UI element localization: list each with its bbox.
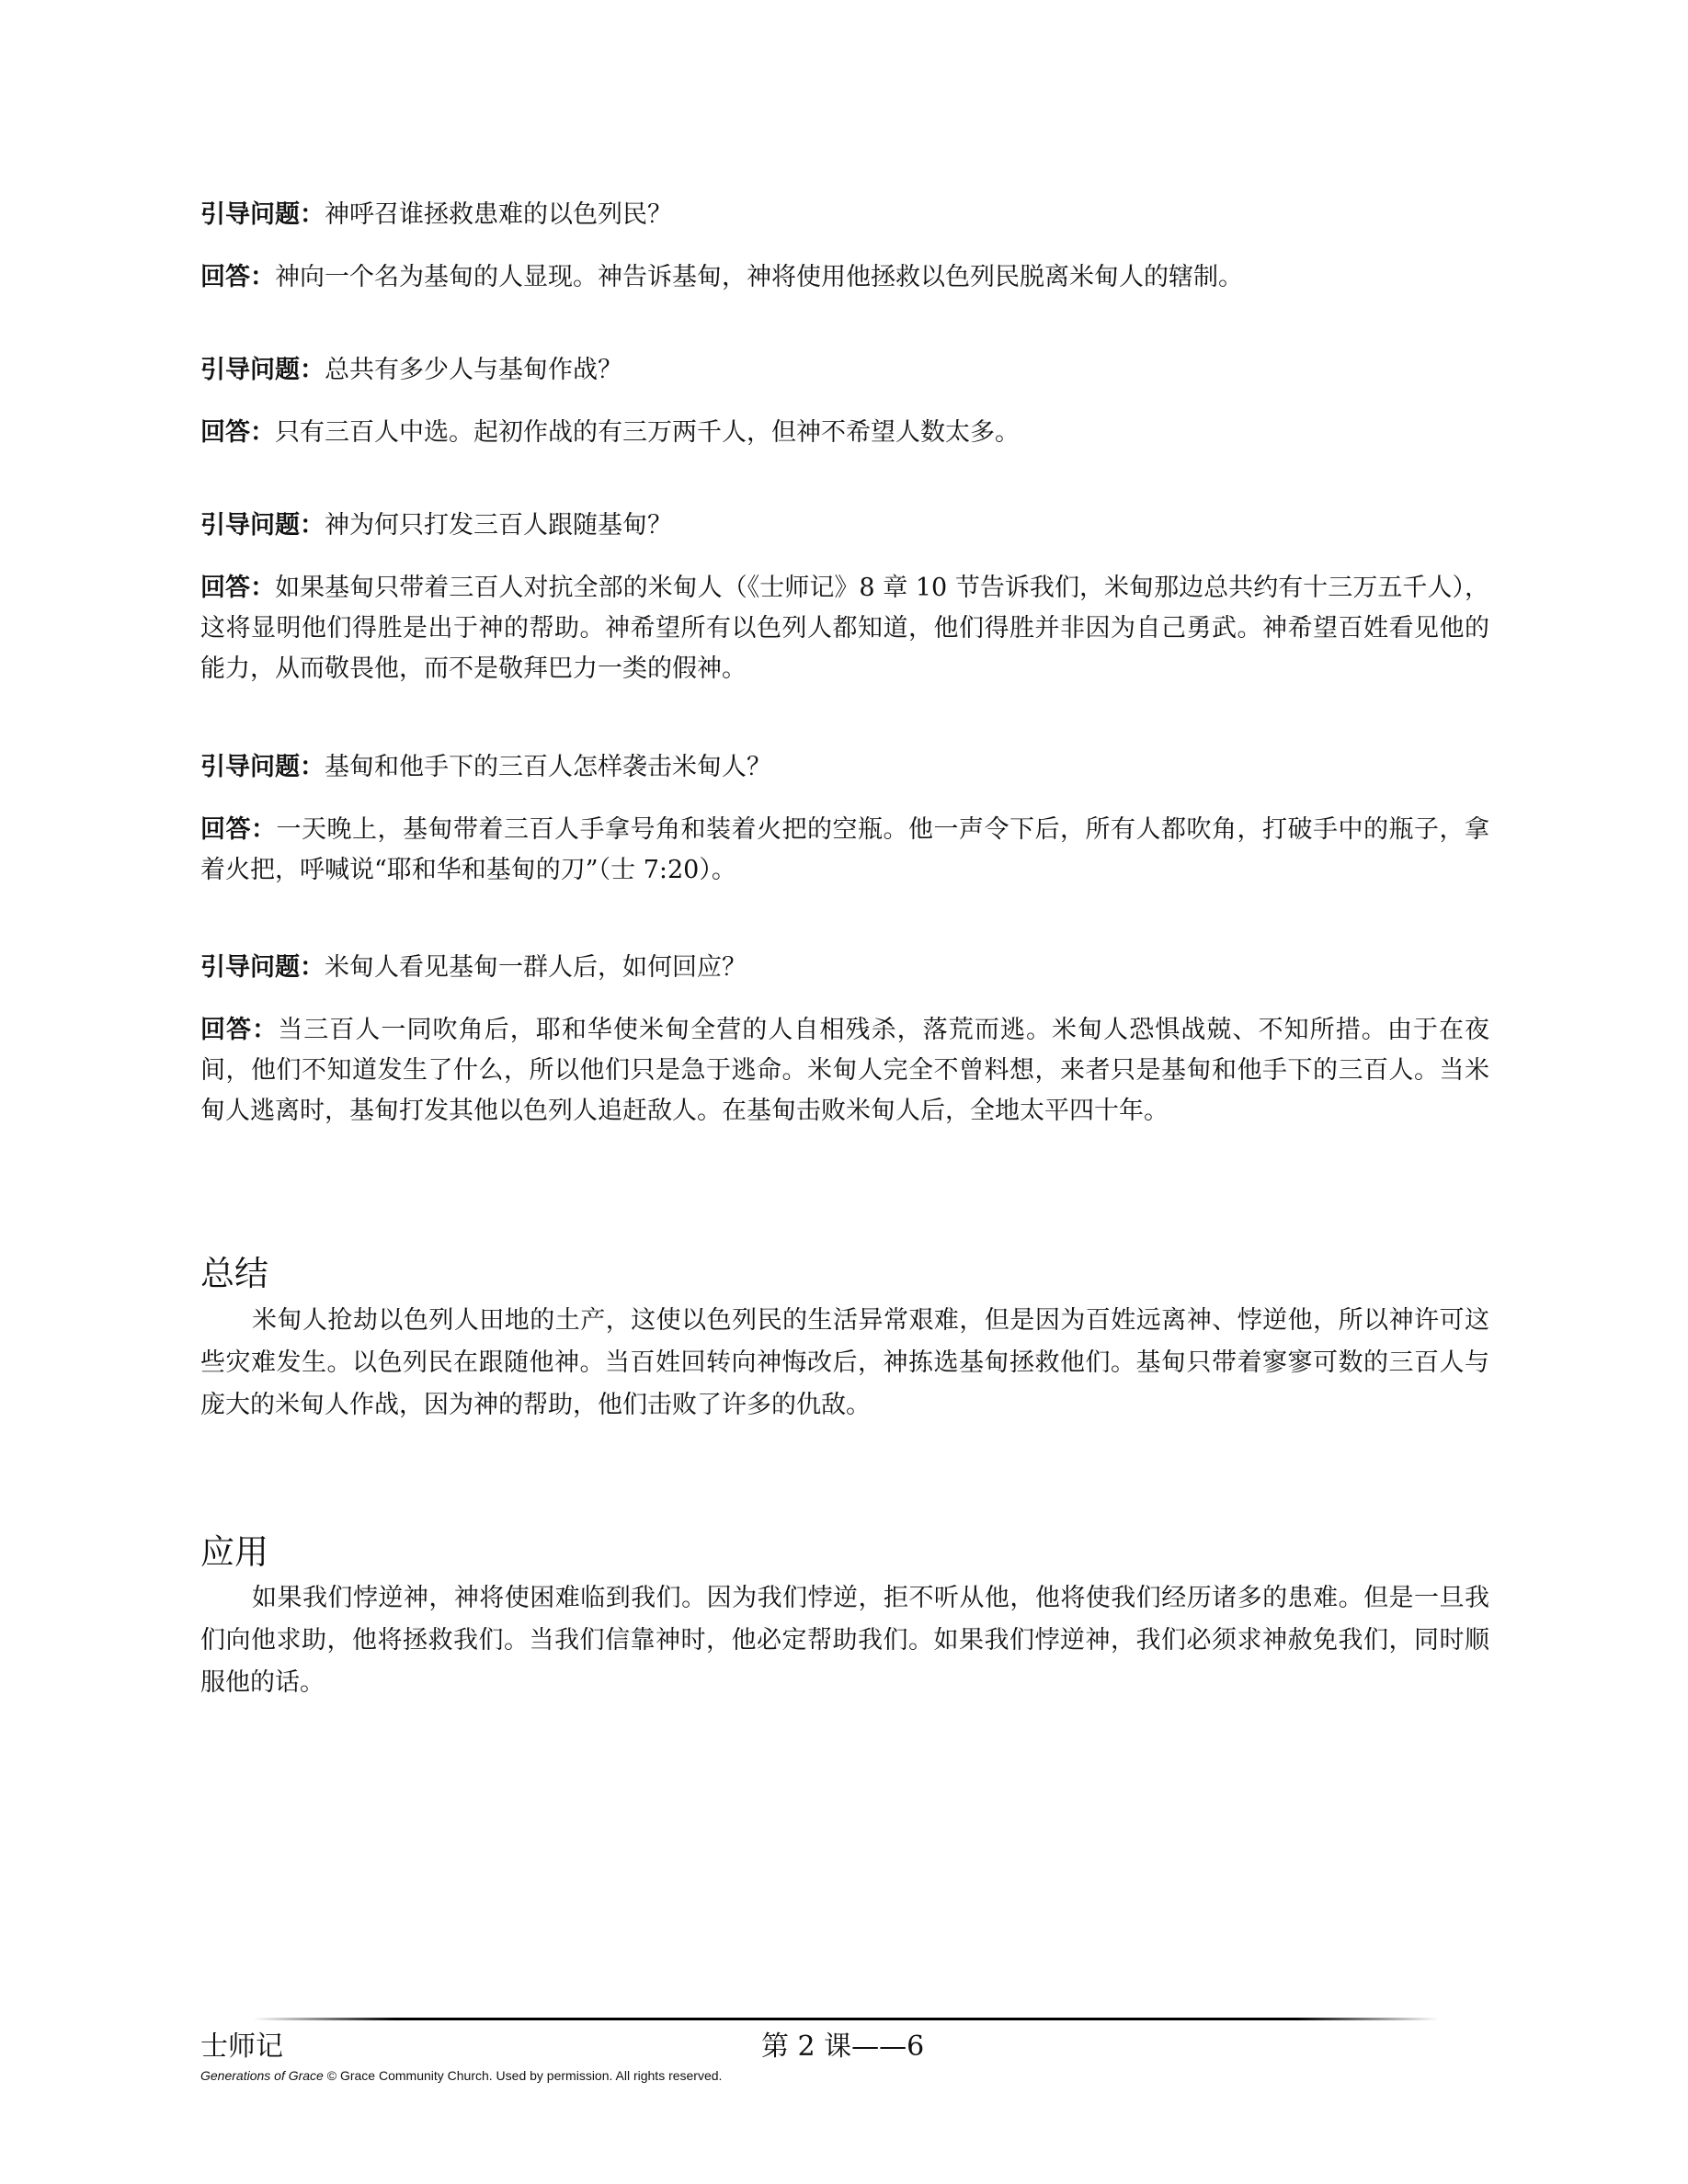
question-text: 总共有多少人与基甸作战？ [325,356,622,384]
qa-item-1: 引导问题：神呼召谁拯救患难的以色列民？ 回答：神向一个名为基甸的人显现。神告诉基… [200,195,1489,298]
answer-text: 只有三百人中选。起初作战的有三万两千人，但神不希望人数太多。 [275,418,1020,447]
guide-question: 引导问题：总共有多少人与基甸作战？ [200,350,1489,391]
guide-question: 引导问题：基甸和他手下的三百人怎样袭击米甸人？ [200,747,1489,788]
guide-question: 引导问题：神为何只打发三百人跟随基甸？ [200,506,1489,546]
question-label: 引导问题： [200,953,325,982]
answer: 回答：神向一个名为基甸的人显现。神告诉基甸，神将使用他拯救以色列民脱离米甸人的辖… [200,257,1489,298]
application-heading: 应用 [200,1530,268,1575]
qa-item-4: 引导问题：基甸和他手下的三百人怎样袭击米甸人？ 回答：一天晚上，基甸带着三百人手… [200,747,1489,891]
qa-item-3: 引导问题：神为何只打发三百人跟随基甸？ 回答：如果基甸只带着三百人对抗全部的米甸… [200,506,1489,689]
footer-book-title: 士师记 [200,2029,283,2065]
answer-label: 回答： [200,815,277,844]
summary-heading: 总结 [200,1252,268,1296]
guide-question: 引导问题：米甸人看见基甸一群人后，如何回应？ [200,948,1489,988]
question-label: 引导问题： [200,753,325,781]
answer-text: 神向一个名为基甸的人显现。神告诉基甸，神将使用他拯救以色列民脱离米甸人的辖制。 [275,263,1243,291]
question-label: 引导问题： [200,511,325,540]
answer: 回答：当三百人一同吹角后，耶和华使米甸全营的人自相残杀，落荒而逃。米甸人恐惧战兢… [200,1010,1489,1132]
answer-label: 回答： [200,418,275,447]
question-text: 基甸和他手下的三百人怎样袭击米甸人？ [325,753,771,781]
answer-label: 回答： [200,263,275,291]
answer-text: 一天晚上，基甸带着三百人手拿号角和装着火把的空瓶。他一声令下后，所有人都吹角，打… [200,815,1489,884]
footer-page-number: 第 2 课——6 [761,2029,924,2065]
qa-item-5: 引导问题：米甸人看见基甸一群人后，如何回应？ 回答：当三百人一同吹角后，耶和华使… [200,948,1489,1132]
answer-text: 如果基甸只带着三百人对抗全部的米甸人（《士师记》8 章 10 节告诉我们，米甸那… [200,574,1489,683]
copyright-text: © Grace Community Church. Used by permis… [324,2068,723,2083]
summary-body: 米甸人抢劫以色列人田地的土产，这使以色列民的生活异常艰难，但是因为百姓远离神、悖… [200,1300,1489,1427]
answer: 回答：一天晚上，基甸带着三百人手拿号角和装着火把的空瓶。他一声令下后，所有人都吹… [200,810,1489,891]
guide-question: 引导问题：神呼召谁拯救患难的以色列民？ [200,195,1489,235]
answer-text: 当三百人一同吹角后，耶和华使米甸全营的人自相残杀，落荒而逃。米甸人恐惧战兢、不知… [200,1016,1489,1125]
question-text: 神为何只打发三百人跟随基甸？ [325,511,672,540]
copyright-title: Generations of Grace [200,2068,324,2083]
question-label: 引导问题： [200,200,325,229]
question-text: 米甸人看见基甸一群人后，如何回应？ [325,953,747,982]
footer-copyright: Generations of Grace © Grace Community C… [200,2066,722,2085]
answer-label: 回答： [200,1016,278,1044]
qa-item-2: 引导问题：总共有多少人与基甸作战？ 回答：只有三百人中选。起初作战的有三万两千人… [200,350,1489,453]
application-body: 如果我们悖逆神，神将使困难临到我们。因为我们悖逆，拒不听从他，他将使我们经历诸多… [200,1577,1489,1704]
answer: 回答：只有三百人中选。起初作战的有三万两千人，但神不希望人数太多。 [200,413,1489,453]
question-label: 引导问题： [200,356,325,384]
question-text: 神呼召谁拯救患难的以色列民？ [325,200,672,229]
footer-divider [253,2018,1439,2020]
answer-label: 回答： [200,574,275,602]
answer: 回答：如果基甸只带着三百人对抗全部的米甸人（《士师记》8 章 10 节告诉我们，… [200,568,1489,689]
